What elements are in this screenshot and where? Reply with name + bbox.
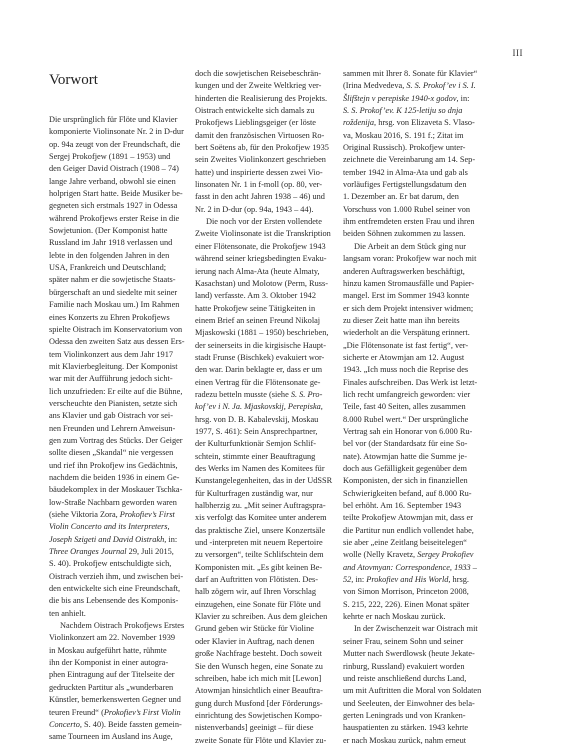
text-line: Vorschuss von 1.000 Rubel seiner von: [343, 204, 481, 216]
text-line: das praktische Ziel, unsere Konzertsäle: [195, 525, 332, 537]
text-line: S. 40). Prokofjew entschuldigte sich,: [49, 558, 184, 570]
text-line: doch die sowjetischen Reisebeschrän-: [195, 68, 332, 80]
text-line: USA, Frankreich und Deutschland;: [49, 262, 184, 274]
text-line: den Geiger David Oistrach (1908 – 74): [49, 163, 184, 175]
text-line: nachdem die beiden 1936 in einem Ge-: [49, 472, 184, 484]
text-line: „Die Flötensonate ist fast fertig“, ver-: [343, 340, 481, 352]
text-line: kof’ev i N. Ja. Mjaskovskij, Perepiska,: [195, 401, 332, 413]
text-line: Violinkonzert am 22. November 1939: [49, 632, 184, 644]
text-line: Concerto, S. 40). Beide fassten gemein-: [49, 719, 184, 731]
text-line: Sergej Prokofjew (1891 – 1953) und: [49, 151, 184, 163]
text-line: anderen Auftragswerken beschäftigt,: [343, 266, 481, 278]
text-line: S. 215, 222, 226). Einen Monat später: [343, 599, 481, 611]
text-line: Komponisten, der sich in finanziellen: [343, 475, 481, 487]
text-line: hatte) und inspirierte dessen zwei Vio-: [195, 167, 332, 179]
text-line: damit den französischen Virtuosen Ro-: [195, 130, 332, 142]
text-line: Komponisten mit. „Es gibt keinen Be-: [195, 562, 332, 574]
text-line: 1977, S. 461): Sein Ansprechpartner,: [195, 426, 332, 438]
text-line: (Irina Medvedeva, S. S. Prokof’ev i S. I…: [343, 80, 481, 92]
text-line: nistenverbands] geeinigt – für diese: [195, 722, 332, 734]
text-line: 1943. „Ich muss noch die Reprise des: [343, 364, 481, 376]
text-line: der Kulturfunktionär Semjon Schlif-: [195, 438, 332, 450]
text-line: Mjaskowski (1881 – 1950) beschrieben,: [195, 327, 332, 339]
text-line: hauspatienten zu stärken. 1943 kehrte: [343, 722, 481, 734]
text-line: bel vor (der Standardsatz für eine So-: [343, 438, 481, 450]
text-line: Russland im Jahr 1918 verlassen und: [49, 237, 184, 249]
text-line: gegneten sich erstmals 1927 in Odessa: [49, 200, 184, 212]
text-line: von Simon Morrison, Princeton 2008,: [343, 586, 481, 598]
text-line: ten anhielt.: [49, 608, 184, 620]
text-line: Original Russisch). Prokofjew unter-: [343, 142, 481, 154]
text-line: ihm entfremdeten ersten Frau und ihren: [343, 216, 481, 228]
text-line: 1. Dezember an. Er bat darum, den: [343, 191, 481, 203]
text-line: einen Vertrag für die Flötensonate ge-: [195, 377, 332, 389]
text-line: Oistrach verzieh ihm, und zwischen bei-: [49, 571, 184, 583]
text-line: Schwierigkeiten befand, auf 8.000 Ru-: [343, 488, 481, 500]
text-line: Oistrach entwickelte sich damals zu: [195, 105, 332, 117]
text-line: Sowjetunion. (Der Komponist hatte: [49, 225, 184, 237]
text-line: den entwickelte sich eine Freundschaft,: [49, 583, 184, 595]
text-line: einem Brief an seinen Freund Nikolaj: [195, 315, 332, 327]
text-line: radezu betteln musste (siehe S. S. Pro-: [195, 389, 332, 401]
text-line: roždenija, hrsg. von Elizaveta S. Vlaso-: [343, 117, 481, 129]
text-line: rinburg, Russland) evakuiert worden: [343, 661, 481, 673]
text-line: Three Oranges Journal 29, Juli 2015,: [49, 546, 184, 558]
text-line: zu versorgen“, teilte Schlifschtein dem: [195, 549, 332, 561]
text-line: Šlifštejn v perepiske 1940-x godov, in:: [343, 93, 481, 105]
text-line: in Moskau aufgeführt hatte, rühmte: [49, 645, 184, 657]
text-line: holprigen Start hatte. Beide Musiker be-: [49, 188, 184, 200]
text-line: Finales aufschreiben. Das Werk ist letzt…: [343, 377, 481, 389]
text-line: gen zum Vortrag des Stücks. Der Geiger: [49, 435, 184, 447]
text-line: sie aber „eine Zeitlang beiseitelegen“: [343, 537, 481, 549]
text-line: lich recht umfangreich geworden: vier: [343, 389, 481, 401]
text-line: lebte in den folgenden Jahren in den: [49, 250, 184, 262]
text-line: halbherzig zu. „Mit seiner Auftragspra-: [195, 500, 332, 512]
text-column-right: sammen mit Ihrer 8. Sonate für Klavier“(…: [343, 68, 481, 747]
text-line: einzugehen, eine Sonate für Flöte und: [195, 599, 332, 611]
text-line: 8.000 Rubel wert.“ Der ursprüngliche: [343, 414, 481, 426]
text-line: Teile, fast 40 Seiten, alles zusammen: [343, 401, 481, 413]
text-line: In der Zwischenzeit war Oistrach mit: [343, 623, 481, 635]
text-line: der seinerseits in die kirgisische Haupt…: [195, 340, 332, 352]
text-line: land) verfasste. Am 3. Oktober 1942: [195, 290, 332, 302]
text-line: Mutter nach Swerdlowsk (heute Jekate-: [343, 648, 481, 660]
text-line: tem Violinkonzert aus dem Jahr 1917: [49, 349, 184, 361]
text-line: und Seeleuten, der Einwohner des bela-: [343, 698, 481, 710]
text-line: des Werks im Namen des Komitees für: [195, 463, 332, 475]
text-line: and Atovmyan: Correspondence, 1933 –: [343, 562, 481, 574]
text-line: Sie den Wunsch hegen, eine Sonate zu: [195, 661, 332, 673]
text-line: während seiner kriegsbedingten Evaku-: [195, 253, 332, 265]
text-line: Atowmjan hinsichtlich einer Beauftra-: [195, 685, 332, 697]
text-line: Klavier zu schreiben. Aus dem gleichen: [195, 611, 332, 623]
text-line: er nach Moskau zurück, nahm erneut: [343, 735, 481, 747]
text-line: mangel. Erst im Sommer 1943 konnte: [343, 290, 481, 302]
text-line: verscheuchte den Pianisten, setzte sich: [49, 398, 184, 410]
text-line: (siehe Viktoria Zora, Prokofiev’s First: [49, 509, 184, 521]
text-line: spielte Oistrach im Konservatorium von: [49, 324, 184, 336]
text-line: und -interpreten mit neuem Repertoire: [195, 537, 332, 549]
text-line: tember 1942 in Alma-Ata und gab als: [343, 167, 481, 179]
text-line: und reiste anschließend durchs Land,: [343, 673, 481, 685]
text-line: sammen mit Ihrer 8. Sonate für Klavier“: [343, 68, 481, 80]
text-line: einrichtung des Sowjetischen Kompo-: [195, 710, 332, 722]
text-column-middle: doch die sowjetischen Reisebeschrän-kung…: [195, 68, 332, 747]
text-line: phen Eintragung auf der Titelseite der: [49, 669, 184, 681]
text-line: kungen und der Zweite Weltkrieg ver-: [195, 80, 332, 92]
text-line: halb zögern wir, auf Ihren Vorschlag: [195, 586, 332, 598]
text-line: wolle (Nelly Kravetz, Sergey Prokofiev: [343, 549, 481, 561]
text-line: Nr. 2 in D-dur (op. 94a, 1943 – 44).: [195, 204, 332, 216]
text-line: bäudekomplex in der Moskauer Tschka-: [49, 484, 184, 496]
text-line: ans Klavier und gab Oistrach vor sei-: [49, 410, 184, 422]
text-line: op. 94a zeugt von der Freundschaft, die: [49, 139, 184, 151]
text-line: oder Klavier in Auftrag, nach denen: [195, 636, 332, 648]
text-line: die Partitur nun endlich vollendet habe,: [343, 525, 481, 537]
text-line: teilte Prokofjew Atowmjan mit, dass er: [343, 512, 481, 524]
text-line: ierung nach Alma-Ata (heute Almaty,: [195, 266, 332, 278]
text-line: wiederholt an die Verspätung erinnert.: [343, 327, 481, 339]
text-line: hinderten die Realisierung des Projekts.: [195, 93, 332, 105]
text-column-left: Die ursprünglich für Flöte und Klavierko…: [49, 114, 184, 744]
text-line: stadt Frunse (Bischkek) evakuiert wor-: [195, 352, 332, 364]
text-line: zweite Sonate für Flöte und Klavier zu-: [195, 735, 332, 747]
text-line: 52, in: Prokofiev and His World, hrsg.: [343, 574, 481, 586]
text-line: lange Jahre verband, obwohl sie einen: [49, 176, 184, 188]
text-line: Prokofjews Lieblingsgeiger (er löste: [195, 117, 332, 129]
text-line: die bis ans Lebensende des Komponis-: [49, 595, 184, 607]
text-line: fasst in den acht Jahren 1938 – 46) und: [195, 191, 332, 203]
text-line: doch aus Gefälligkeit gegenüber dem: [343, 463, 481, 475]
text-line: schreiben, habe ich mich mit [Lewon]: [195, 673, 332, 685]
text-line: eines Konzerts zu Ehren Prokofjews: [49, 312, 184, 324]
text-line: einer Flötensonate, die Prokofjew 1943: [195, 241, 332, 253]
text-line: beiden Söhnen zukommen zu lassen.: [343, 228, 481, 240]
text-line: den war. Darin beklagte er, dass er um: [195, 364, 332, 376]
text-line: war mit der Aufführung jedoch sicht-: [49, 373, 184, 385]
text-line: um mit Auftritten die Moral von Soldaten: [343, 685, 481, 697]
text-line: große Nachfrage besteht. Doch soweit: [195, 648, 332, 660]
text-line: bert Soëtens ab, für den Prokofjew 1935: [195, 142, 332, 154]
text-line: Grund geben wir Stücke für Violine: [195, 623, 332, 635]
text-line: er sich dem Projekt intensiver widmen;: [343, 303, 481, 315]
text-line: schtein, stimmte einer Beauftragung: [195, 451, 332, 463]
text-line: bel erhöht. Am 16. September 1943: [343, 500, 481, 512]
text-line: langsam voran: Prokofjew war noch mit: [343, 253, 481, 265]
text-line: kehrte er nach Moskau zurück.: [343, 611, 481, 623]
text-line: vorläufiges Fertigstellungsdatum den: [343, 179, 481, 191]
text-line: seiner Frau, seinem Sohn und seiner: [343, 636, 481, 648]
text-line: nen Freunden und Lehrern Anweisun-: [49, 423, 184, 435]
text-line: ihn der Komponist in einer autogra-: [49, 657, 184, 669]
text-line: sicherte er Atowmjan am 12. August: [343, 352, 481, 364]
text-line: für Kulturfragen zuständig war, nur: [195, 488, 332, 500]
text-line: Vertrag sah ein Honorar von 6.000 Ru-: [343, 426, 481, 438]
text-line: Zweite Violinsonate ist die Transkriptio…: [195, 228, 332, 240]
text-line: später nahm er die sowjetische Staats-: [49, 274, 184, 286]
text-line: bürgerschaft an und siedelte mit seiner: [49, 287, 184, 299]
text-line: Künstler, bemerkenswerten Gegner und: [49, 694, 184, 706]
text-line: gedruckten Partitur als „wunderbaren: [49, 682, 184, 694]
text-line: und rief ihn Prokofjew ins Gedächtnis,: [49, 460, 184, 472]
text-line: low-Straße Nachbarn geworden waren: [49, 497, 184, 509]
text-line: zeichnete die Vereinbarung am 14. Sep-: [343, 154, 481, 166]
text-line: same Tourneen im Ausland ins Auge,: [49, 731, 184, 743]
page-number: III: [513, 48, 524, 58]
text-line: Violin Concerto and its Interpreters,: [49, 521, 184, 533]
text-line: S. S. Prokof’ev. K 125-letiju so dnja: [343, 105, 481, 117]
text-line: komponierte Violinsonate Nr. 2 in D-dur: [49, 126, 184, 138]
text-line: Kasachstan) und Molotow (Perm, Russ-: [195, 278, 332, 290]
text-line: teuren Freund“ (Prokofiev’s First Violin: [49, 707, 184, 719]
text-line: lich unzufrieden: Er eilte auf die Bühne…: [49, 386, 184, 398]
text-line: Familie nach Moskau um.) Im Rahmen: [49, 299, 184, 311]
text-line: Die Arbeit an dem Stück ging nur: [343, 241, 481, 253]
text-line: zu dieser Zeit hatte man ihn bereits: [343, 315, 481, 327]
text-line: während Prokofjews erster Reise in die: [49, 213, 184, 225]
text-line: mit Klavierbegleitung. Der Komponist: [49, 361, 184, 373]
text-line: Die ursprünglich für Flöte und Klavier: [49, 114, 184, 126]
text-line: nate). Atowmjan hatte die Summe je-: [343, 451, 481, 463]
text-line: Die noch vor der Ersten vollendete: [195, 216, 332, 228]
text-line: linsonaten Nr. 1 in f-moll (op. 80, ver-: [195, 179, 332, 191]
text-line: va, Moskau 2016, S. 191 f.; Zitat im: [343, 130, 481, 142]
text-line: sollte diesen „Skandal“ nie vergessen: [49, 447, 184, 459]
text-line: xis verfolgt das Komitee unter anderem: [195, 512, 332, 524]
text-line: Joseph Szigeti and David Oistrakh, in:: [49, 534, 184, 546]
text-line: hinzu kamen Stromausfälle und Papier-: [343, 278, 481, 290]
text-line: gerten Leningrads und von Kranken-: [343, 710, 481, 722]
text-line: sein Zweites Violinkonzert geschrieben: [195, 154, 332, 166]
page-title: Vorwort: [49, 72, 98, 89]
text-line: darf an Auftritten von Flötisten. Des-: [195, 574, 332, 586]
text-line: Odessa den zweiten Satz aus dessen Ers-: [49, 336, 184, 348]
text-line: Nachdem Oistrach Prokofjews Erstes: [49, 620, 184, 632]
text-line: gung durch Musfond [der Förderungs-: [195, 698, 332, 710]
text-line: Kunstangelegenheiten, das in der UdSSR: [195, 475, 332, 487]
text-line: hrsg. von D. B. Kabalevskij, Moskau: [195, 414, 332, 426]
text-line: hatte Prokofjew seine Tätigkeiten in: [195, 303, 332, 315]
